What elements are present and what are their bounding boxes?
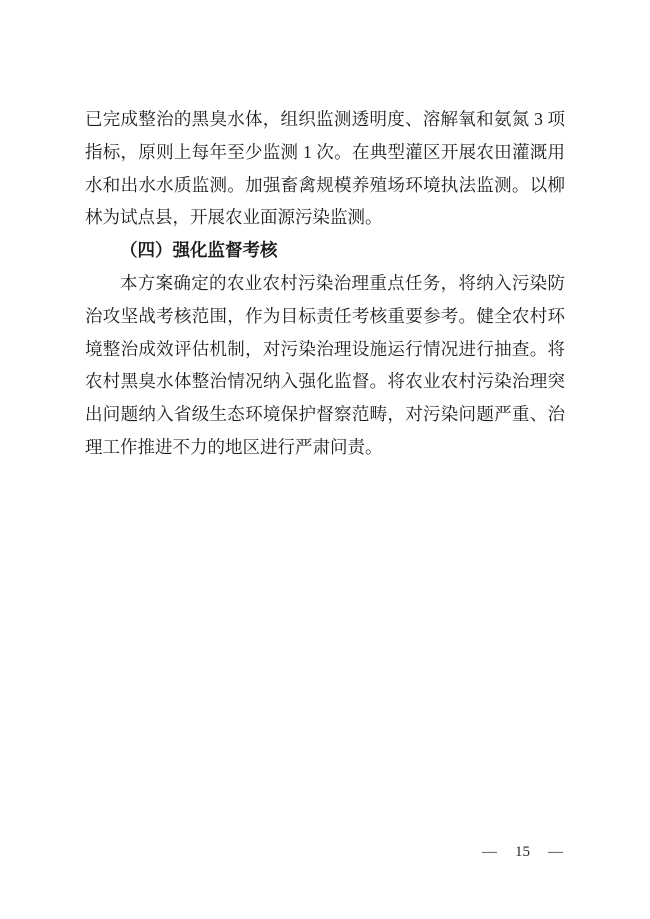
body-line: 治攻坚战考核范围，作为目标责任考核重要参考。健全农村环 xyxy=(85,300,565,333)
page-number: 15 xyxy=(515,843,530,861)
footer-right-dash: — xyxy=(548,843,563,861)
body-line: 已完成整治的黑臭水体，组织监测透明度、溶解氧和氨氮 3 项 xyxy=(85,103,565,136)
body-line: 指标，原则上每年至少监测 1 次。在典型灌区开展农田灌溉用 xyxy=(85,136,565,169)
document-body: 已完成整治的黑臭水体，组织监测透明度、溶解氧和氨氮 3 项 指标，原则上每年至少… xyxy=(85,103,565,464)
body-line: 本方案确定的农业农村污染治理重点任务，将纳入污染防 xyxy=(85,267,565,300)
section-heading: （四）强化监督考核 xyxy=(85,234,565,267)
body-line: 出问题纳入省级生态环境保护督察范畴，对污染问题严重、治 xyxy=(85,398,565,431)
body-line: 林为试点县，开展农业面源污染监测。 xyxy=(85,201,565,234)
body-line: 境整治成效评估机制，对污染治理设施运行情况进行抽查。将 xyxy=(85,333,565,366)
footer-left-dash: — xyxy=(482,843,497,861)
document-page: 已完成整治的黑臭水体，组织监测透明度、溶解氧和氨氮 3 项 指标，原则上每年至少… xyxy=(0,0,650,919)
body-line: 理工作推进不力的地区进行严肃问责。 xyxy=(85,431,565,464)
body-line: 水和出水水质监测。加强畜禽规模养殖场环境执法监测。以柳 xyxy=(85,169,565,202)
page-footer: —15— xyxy=(482,843,563,861)
body-line: 农村黑臭水体整治情况纳入强化监督。将农业农村污染治理突 xyxy=(85,365,565,398)
